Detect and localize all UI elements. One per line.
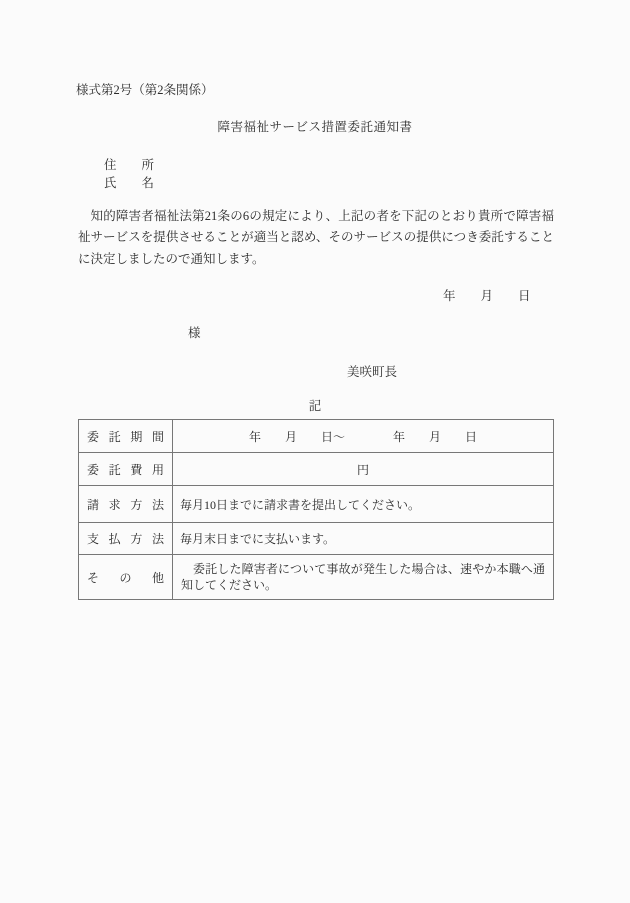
recipient-address-label: 住 所 (104, 155, 154, 173)
recipient-name-label: 氏 名 (104, 173, 154, 191)
table-row-payment-method: 支払方法 毎月末日までに支払います。 (79, 523, 554, 555)
table-row-billing-method: 請求方法 毎月10日までに請求書を提出してください。 (79, 486, 554, 523)
notice-document-page: 様式第2号（第2条関係） 障害福祉サービス措置委託通知書 住 所 氏 名 知的障… (0, 0, 630, 903)
table-row-commission-fee: 委託費用 円 (79, 453, 554, 486)
row-value: 毎月10日までに請求書を提出してください。 (173, 486, 554, 523)
form-number: 様式第2号（第2条関係） (76, 80, 214, 98)
row-label: 支払方法 (79, 523, 173, 555)
row-label: 委託費用 (79, 453, 173, 486)
row-value: 毎月末日までに支払います。 (173, 523, 554, 555)
section-marker: 記 (0, 396, 630, 414)
recipient-honorific: 様 (188, 323, 201, 341)
table-row-commission-period: 委託期間 年 月 日～ 年 月 日 (79, 420, 554, 453)
row-label: その他 (79, 555, 173, 600)
table-row-other: その他 委託した障害者について事故が発生した場合は、速やか本職へ通知してください… (79, 555, 554, 600)
row-value: 年 月 日～ 年 月 日 (173, 420, 554, 453)
row-label: 委託期間 (79, 420, 173, 453)
commission-terms-table: 委託期間 年 月 日～ 年 月 日 委託費用 円 請求方法 毎月10日までに請求… (78, 419, 554, 600)
document-title: 障害福祉サービス措置委託通知書 (0, 117, 630, 135)
row-value: 委託した障害者について事故が発生した場合は、速やか本職へ通知してください。 (173, 555, 554, 600)
row-label: 請求方法 (79, 486, 173, 523)
row-value: 円 (173, 453, 554, 486)
issuer-title: 美咲町長 (347, 362, 397, 380)
body-paragraph: 知的障害者福祉法第21条の6の規定により、上記の者を下記のとおり貴所で障害福祉サ… (78, 206, 554, 270)
issue-date-line: 年 月 日 (443, 286, 531, 304)
